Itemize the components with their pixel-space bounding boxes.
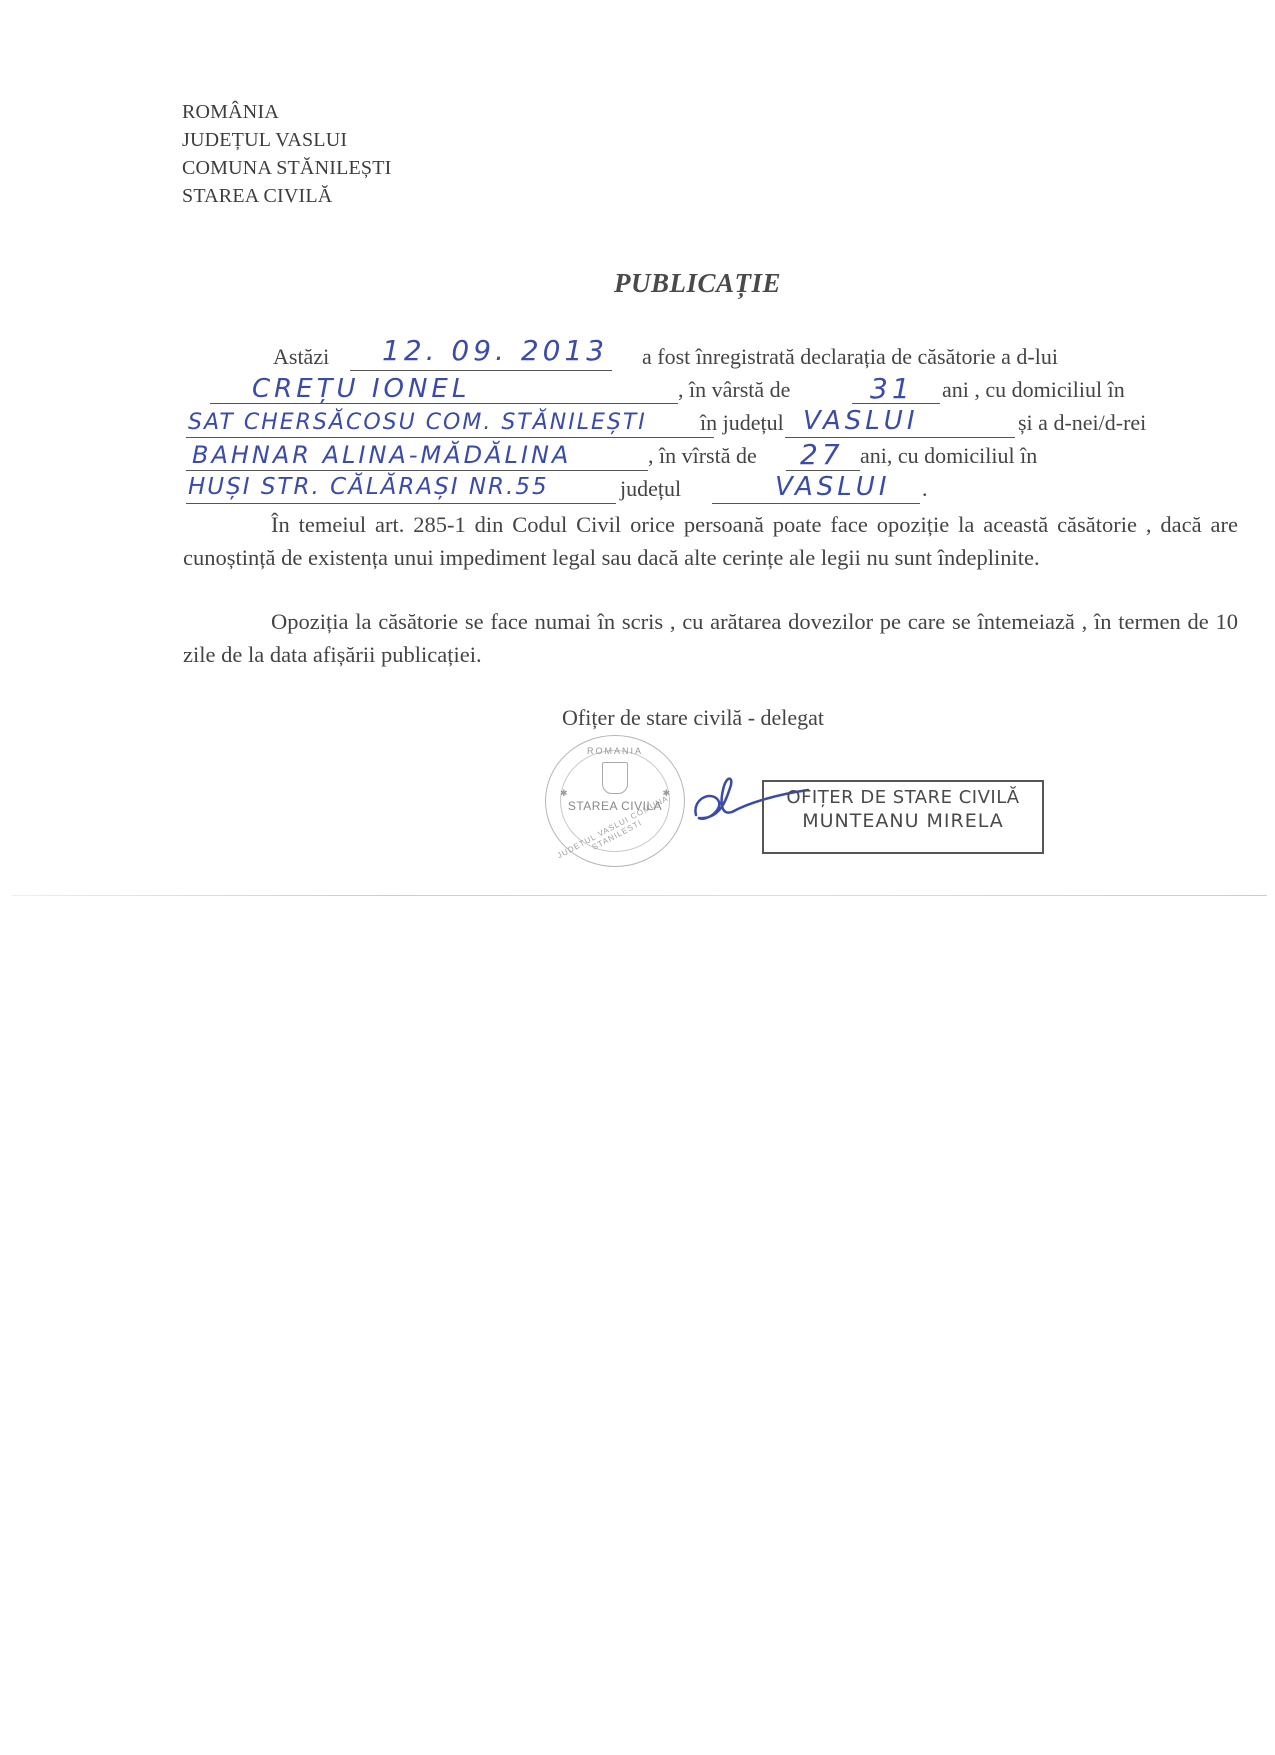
- groom-county: VASLUI: [803, 406, 919, 436]
- bride-county-blank: [712, 503, 920, 504]
- legal-basis-text: În temeiul art. 285-1 din Codul Civil or…: [183, 512, 1238, 570]
- date-value: 12. 09. 2013: [382, 334, 608, 367]
- and-label: și a d-nei/d-rei: [1018, 410, 1146, 436]
- header-department: STAREA CIVILĂ: [182, 182, 392, 210]
- astazi-label: Astăzi: [273, 344, 329, 370]
- groom-age: 31: [870, 372, 914, 405]
- officer-name-stamp: OFIȚER DE STARE CIVILĂ MUNTEANU MIRELA: [762, 780, 1044, 854]
- header-commune: COMUNA STĂNILEȘTI: [182, 154, 392, 182]
- groom-address-blank: [186, 437, 714, 438]
- seal-top-text: ROMANIA: [546, 746, 684, 756]
- stamp-officer-name: MUNTEANU MIRELA: [764, 810, 1042, 832]
- bride-county: VASLUI: [775, 472, 891, 502]
- official-seal: ROMANIA ✱ ✱ STAREA CIVILA JUDETUL VASLUI…: [545, 735, 685, 867]
- issuing-authority-header: ROMÂNIA JUDEȚUL VASLUI COMUNA STĂNILEȘTI…: [182, 98, 392, 210]
- scan-divider-line: [12, 895, 1267, 896]
- domicile-label-bride: ani, cu domiciliul în: [860, 443, 1037, 469]
- date-blank: [350, 370, 612, 371]
- bride-age: 27: [800, 438, 844, 471]
- age-label-bride: , în vîrstă de: [648, 443, 757, 469]
- coat-of-arms-icon: [602, 762, 628, 794]
- legal-basis-paragraph: În temeiul art. 285-1 din Codul Civil or…: [183, 508, 1238, 574]
- bride-name: BAHNAR ALINA-MĂDĂLINA: [192, 441, 571, 469]
- header-county: JUDEȚUL VASLUI: [182, 126, 392, 154]
- county-label-bride: județul: [620, 476, 681, 502]
- domicile-label-groom: ani , cu domiciliul în: [942, 377, 1125, 403]
- bride-name-blank: [186, 470, 648, 471]
- age-label-groom: , în vârstă de: [678, 377, 790, 403]
- opposition-paragraph: Opoziția la căsătorie se face numai în s…: [183, 605, 1238, 671]
- county-label-groom: în județul: [700, 410, 784, 436]
- registered-text: a fost înregistrată declarația de căsăto…: [642, 344, 1058, 370]
- stamp-title: OFIȚER DE STARE CIVILĂ: [764, 787, 1042, 808]
- header-country: ROMÂNIA: [182, 98, 392, 126]
- end-dot: .: [922, 476, 928, 502]
- officer-role: Ofițer de stare civilă - delegat: [562, 705, 824, 731]
- seal-star-icon: ✱: [560, 788, 568, 799]
- bride-address: HUȘI STR. CĂLĂRAȘI NR.55: [188, 474, 549, 500]
- bride-address-blank: [186, 503, 616, 504]
- groom-address: SAT CHERSĂCOSU COM. STĂNILEȘTI: [188, 410, 647, 435]
- groom-name: CREȚU IONEL: [252, 374, 470, 404]
- opposition-text: Opoziția la căsătorie se face numai în s…: [183, 609, 1238, 667]
- document-title: PUBLICAȚIE: [614, 268, 781, 299]
